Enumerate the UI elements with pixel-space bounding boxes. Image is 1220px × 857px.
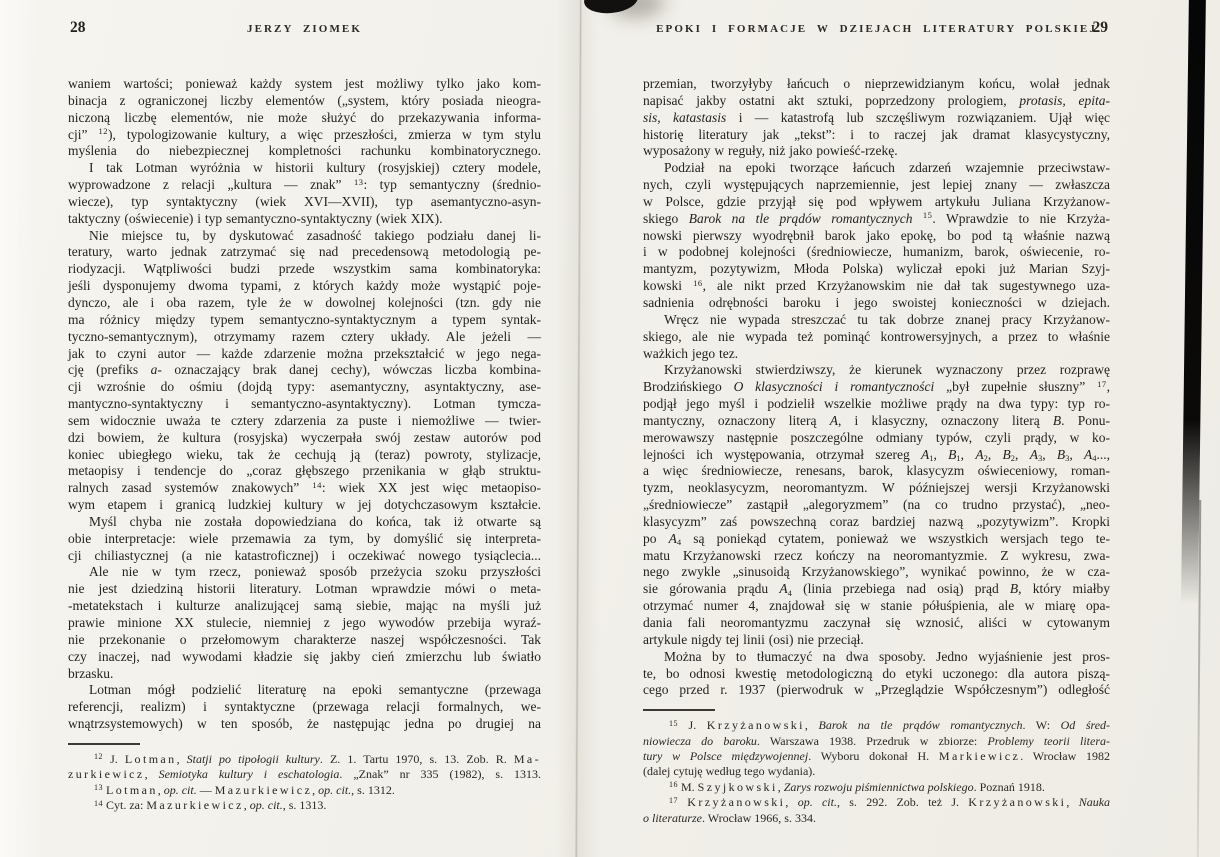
text-line: cję (prefiks a- oznaczający brak danej c… bbox=[68, 362, 541, 379]
text-line: te, bo odnosi kwestię metodologiczną do … bbox=[643, 666, 1110, 683]
text-line: wnątrzsystemowych) w ten sposób, że nast… bbox=[68, 716, 541, 733]
text-line: referencji, realizm) i syntaktyczne (prz… bbox=[68, 699, 541, 716]
footnote-line: tury w Polsce międzywojennej. Wyboru dok… bbox=[643, 749, 1110, 764]
text-line: riodyzacji. Wątpliwości budzi przede wsz… bbox=[68, 261, 541, 278]
text-line: tyczno-semantycznym), otrzymamy razem cz… bbox=[68, 329, 541, 346]
text-line: dania fali neoromantyzmu zaczynał się wz… bbox=[643, 615, 1110, 632]
text-line: wyposażony w reguły, niż jako powieść-rz… bbox=[643, 143, 1110, 160]
text-line: Wręcz nie wypada streszczać tu tak dobrz… bbox=[643, 312, 1110, 329]
text-line: Można by to tłumaczyć na dwa sposoby. Je… bbox=[643, 649, 1110, 666]
footnote-line: niowiecza do baroku. Warszawa 1938. Prze… bbox=[643, 734, 1110, 749]
footnote-line: 12 J. Lotman, Statji po tipołogii kultur… bbox=[68, 752, 541, 767]
text-line: cji” 12), typologizowanie kultury, a wię… bbox=[68, 127, 541, 144]
scan-edge-artifact bbox=[1181, 0, 1206, 605]
text-line: klasycyzm” zaś powszechną coraz bardziej… bbox=[643, 514, 1110, 531]
footnote-line: 16 M. Szyjkowski, Zarys rozwoju piśmienn… bbox=[643, 780, 1110, 795]
right-page-body: przemian, tworzyłyby łańcuch o nieprzewi… bbox=[643, 76, 1110, 699]
text-line: sadnienia odrębności baroku i jego swois… bbox=[643, 295, 1110, 312]
scanned-book-spread: 28 JERZY ZIOMEK waniem wartości; poniewa… bbox=[0, 0, 1220, 857]
text-line: ma różnicy między typem semantyczno-synt… bbox=[68, 312, 541, 329]
running-title-right: EPOKI I FORMACJE W DZIEJACH LITERATURY P… bbox=[643, 23, 1110, 35]
text-line: taktyczny (oświecenie) i typ semantyczno… bbox=[68, 211, 541, 228]
text-line: I tak Lotman wyróżnia w historii kultury… bbox=[68, 160, 541, 177]
text-line: matu Krzyżanowski rzecz kończy na neorom… bbox=[643, 548, 1110, 565]
text-line: skiego Barok na tle prądów romantycznych… bbox=[643, 211, 1110, 228]
text-line: Lotman mógł podzielić literaturę na epok… bbox=[68, 682, 541, 699]
text-line: -metatekstach i kulturze analizującej sa… bbox=[68, 598, 541, 615]
text-line: po A4 są poniekąd cytatem, ponieważ we w… bbox=[643, 531, 1110, 548]
text-line: metaopisy i tendencje do „coraz głębszeg… bbox=[68, 463, 541, 480]
right-page-content: przemian, tworzyłyby łańcuch o nieprzewi… bbox=[643, 76, 1110, 826]
text-line: przemian, tworzyłyby łańcuch o nieprzewi… bbox=[643, 76, 1110, 93]
text-line: cego przed r. 1937 (pierwodruk w „Przegl… bbox=[643, 682, 1110, 699]
text-line: binacja z ograniczonej liczby elementów … bbox=[68, 93, 541, 110]
text-line: obie interpretacje: wiele przemawia za t… bbox=[68, 531, 541, 548]
text-line: w Polsce, gdzie przyjął się pod wpływem … bbox=[643, 194, 1110, 211]
text-line: myślenia do niebezpiecznej kompletności … bbox=[68, 143, 541, 160]
text-line: dzi bowiem, że kultura (rosyjska) wyczer… bbox=[68, 430, 541, 447]
text-line: nego zwykle „sinusoidą Krzyżanowskiego”,… bbox=[643, 564, 1110, 581]
text-line: nie przekonanie o przełomowym charakterz… bbox=[68, 632, 541, 649]
text-line: mantyczno-syntaktyczny i semantyczno-asy… bbox=[68, 396, 541, 413]
text-line: mantyczny, oznaczony literą A, i klasycz… bbox=[643, 413, 1110, 430]
text-line: Brodzińskiego O klasyczności i romantycz… bbox=[643, 379, 1110, 396]
text-line: koniec ubiegłego wieku, tak że cechują j… bbox=[68, 447, 541, 464]
text-line: kowski 16, ale nikt przed Krzyżanowskim … bbox=[643, 278, 1110, 295]
text-line: „średniowiecze” zastąpił „alegoryzmem” (… bbox=[643, 497, 1110, 514]
text-line: czy inaczej, nad wywodami kładzie się ja… bbox=[68, 649, 541, 666]
text-line: ważkich jego tez. bbox=[643, 346, 1110, 363]
text-line: jak to czyni autor — każde zdarzenie moż… bbox=[68, 346, 541, 363]
text-line: napisać jakby ostatni akt sztuki, poprze… bbox=[643, 93, 1110, 110]
text-line: prawie minione XX stulecie, niemniej z j… bbox=[68, 615, 541, 632]
footnote-line: 14 Cyt. za: Mazurkiewicz, op. cit., s. 1… bbox=[68, 798, 541, 813]
text-line: wyprowadzone z relacji „kultura — znak” … bbox=[68, 177, 541, 194]
right-page-footnotes: 15 J. Krzyżanowski, Barok na tle prądów … bbox=[643, 718, 1110, 826]
left-page-content: waniem wartości; ponieważ każdy system j… bbox=[68, 76, 541, 814]
text-line: jeśli dysponujemy dwoma typami, z któryc… bbox=[68, 278, 541, 295]
text-line: Nie miejsce tu, by dyskutować zasadność … bbox=[68, 228, 541, 245]
footnote-rule bbox=[68, 743, 140, 745]
text-line: dynczo, ale i oba razem, tyle że w dowol… bbox=[68, 295, 541, 312]
text-line: cji wzrośnie do ośmiu (dojdą typy: asema… bbox=[68, 379, 541, 396]
text-line: artykule nigdy tej linii (osi) nie przec… bbox=[643, 632, 1110, 649]
text-line: mantyzm, pozytywizm, Młoda Polska) wylic… bbox=[643, 261, 1110, 278]
right-page: 29 EPOKI I FORMACJE W DZIEJACH LITERATUR… bbox=[643, 0, 1110, 857]
text-line: wym etapem i granicą ludzkiej kultury w … bbox=[68, 497, 541, 514]
text-line: niczoną liczbę elementów, nie może służy… bbox=[68, 110, 541, 127]
text-line: a więc średniowiecze, renesans, barok, k… bbox=[643, 463, 1110, 480]
text-line: ralnych zasad systemów znakowych” 14: wi… bbox=[68, 480, 541, 497]
text-line: nowski pierwszy wyodrębnił barok jako ep… bbox=[643, 228, 1110, 245]
text-line: i w podobnej kolejności (średniowiecze, … bbox=[643, 244, 1110, 261]
text-line: Krzyżanowski stwierdziwszy, że kierunek … bbox=[643, 362, 1110, 379]
text-line: wiecze), typ syntaktyczny (wiek XVI—XVII… bbox=[68, 194, 541, 211]
text-line: teratury, warto jednak zatrzymać się nad… bbox=[68, 244, 541, 261]
left-page-body: waniem wartości; ponieważ każdy system j… bbox=[68, 76, 541, 733]
scan-left-light-edge bbox=[0, 0, 40, 857]
text-line: cji chiliastycznej (a nie katastroficzne… bbox=[68, 548, 541, 565]
text-line: Myśl chyba nie została dopowiedziana do … bbox=[68, 514, 541, 531]
footnote-line: 15 J. Krzyżanowski, Barok na tle prądów … bbox=[643, 718, 1110, 733]
text-line: sie górowania prądu A4 (linia przebiega … bbox=[643, 581, 1110, 598]
text-line: merowawszy następnie poszczególne odmian… bbox=[643, 430, 1110, 447]
text-line: lejności ich występowania, otrzymał szer… bbox=[643, 447, 1110, 464]
text-line: brzasku. bbox=[68, 666, 541, 683]
text-line: sis, katastasis i — katastrofą lub szczę… bbox=[643, 110, 1110, 127]
text-line: sem widocznie uważa te cztery zdarzenia … bbox=[68, 413, 541, 430]
text-line: otrzymać numer 4, znajdował się w stanie… bbox=[643, 598, 1110, 615]
text-line: Podział na epoki tworzące łańcuch zdarze… bbox=[643, 160, 1110, 177]
text-line: nych, czyli występujących naprzemiennie,… bbox=[643, 177, 1110, 194]
text-line: podjął jego myśl i podzielił wszelkie mo… bbox=[643, 396, 1110, 413]
text-line: waniem wartości; ponieważ każdy system j… bbox=[68, 76, 541, 93]
footnote-line: 13 Lotman, op. cit. — Mazurkiewicz, op. … bbox=[68, 783, 541, 798]
left-page: 28 JERZY ZIOMEK waniem wartości; poniewa… bbox=[68, 0, 541, 857]
text-line: tyzm, neoklasycyzm, neoromantyzm. W późn… bbox=[643, 480, 1110, 497]
left-page-footnotes: 12 J. Lotman, Statji po tipołogii kultur… bbox=[68, 752, 541, 814]
footnote-line: o literaturze. Wrocław 1966, s. 334. bbox=[643, 811, 1110, 826]
text-line: nie jest dziedziną historii literatury. … bbox=[68, 581, 541, 598]
text-line: skiego, ale nie wypada też pominąć kontr… bbox=[643, 329, 1110, 346]
footnote-line: zurkiewicz, Semiotyka kultury i eschatol… bbox=[68, 767, 541, 782]
footnote-line: (dalej cytuję według tego wydania). bbox=[643, 764, 1110, 779]
footnote-line: 17 Krzyżanowski, op. cit., s. 292. Zob. … bbox=[643, 795, 1110, 810]
footnote-rule bbox=[643, 709, 715, 711]
text-line: historię literatury jak „tekst”: i to ra… bbox=[643, 127, 1110, 144]
running-title-left: JERZY ZIOMEK bbox=[68, 23, 541, 35]
text-line: Ale nie w tym rzecz, ponieważ sposób prz… bbox=[68, 564, 541, 581]
